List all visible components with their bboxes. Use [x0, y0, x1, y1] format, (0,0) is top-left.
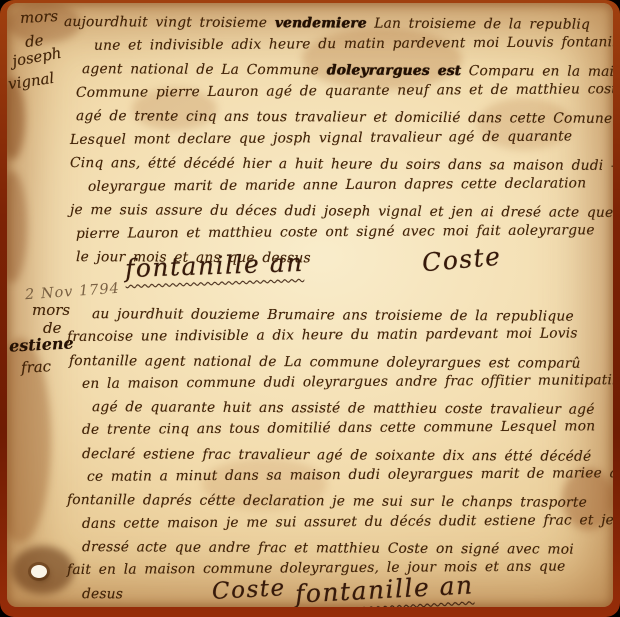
margin-word: mors [32, 301, 70, 319]
text-segment: agent national de La Commune [82, 61, 327, 78]
margin-word: mors [20, 7, 59, 27]
register-page: mors de joseph vignal aujourdhuit vingt … [7, 3, 613, 607]
signature-coste: Coste [211, 575, 286, 605]
paper-damage-spot [31, 565, 47, 578]
text-line: de trente cinq ans tous domitilié dans c… [67, 416, 613, 443]
text-line: Lesquel mont declare que josph vignal tr… [64, 125, 613, 152]
margin-word: joseph [11, 44, 63, 70]
text-line: oleyrargue marit de maride anne Lauron d… [64, 172, 613, 199]
margin-word: vignal [7, 69, 55, 93]
text-segment: aujourdhuit vingt troisieme [64, 14, 275, 31]
paper-stain [7, 171, 27, 283]
signature-fontanille: fontanille an [125, 248, 305, 283]
parchment-frame: mors de joseph vignal aujourdhuit vingt … [0, 0, 620, 617]
text-line: une et indivisible adix heure du matin p… [64, 31, 613, 58]
text-line: dans cette maison je me sui assuret du d… [67, 509, 613, 536]
pencil-date-note: 2 Nov 1794 [25, 281, 121, 304]
text-segment-overwritten: vendemiere [275, 15, 367, 31]
death-record-estiene-frac: au jourdhuit douzieme Brumaire ans trois… [67, 303, 613, 606]
margin-word: frac [21, 357, 52, 377]
text-line: pierre Lauron et matthieu coste ont sign… [64, 219, 613, 246]
signature-coste: Coste [421, 242, 503, 278]
text-segment: Lan troisieme de la republiq [367, 16, 590, 33]
text-line: en la maison commune dudi oleyrargues an… [67, 369, 613, 396]
text-line: ce matin a minut dans sa maison dudi ole… [67, 462, 613, 489]
text-line: Commune pierre Lauron agé de quarante ne… [64, 78, 613, 105]
text-segment-overwritten: doleyrargues est [327, 62, 462, 79]
text-line: francoise une indivisible a dix heure du… [67, 322, 613, 349]
margin-word: estiene [9, 333, 75, 355]
death-record-joseph-vignal: aujourdhuit vingt troisieme vendemiere L… [64, 11, 613, 270]
